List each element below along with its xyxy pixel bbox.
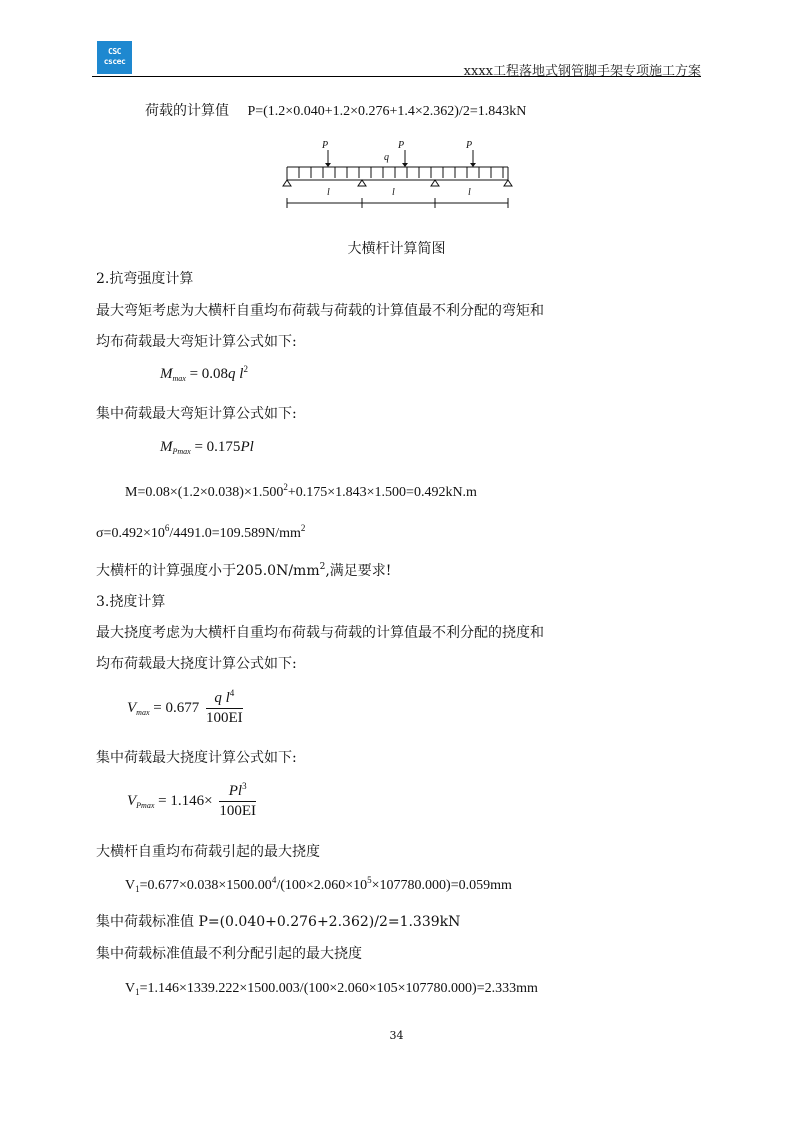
diagram-caption: 大横杆计算简图 <box>0 240 793 258</box>
load-calc-label: 荷载的计算值 <box>145 103 229 119</box>
concentrated-moment-intro: 集中荷载最大弯矩计算公式如下: <box>96 405 297 423</box>
logo-text-top: CSC <box>97 47 132 57</box>
beam-diagram-svg: P P P q l l l <box>280 135 520 215</box>
section-2-paragraph-line1: 最大弯矩考虑为大横杆自重均布荷载与荷载的计算值最不利分配的弯矩和 <box>96 302 544 320</box>
logo-text-bottom: cscec <box>97 57 132 67</box>
load-calc-line: 荷载的计算值 P=(1.2×0.040+1.2×0.276+1.4×2.362)… <box>145 102 526 121</box>
uniform-deflection-formula: Vmax = 0.677 q l4 100EI <box>127 690 243 727</box>
point-load-label-2: P <box>397 140 404 151</box>
concentrated-deflection-calculation: V1=1.146×1339.222×1500.003/(100×2.060×10… <box>125 981 538 997</box>
section-2-paragraph-line2: 均布荷载最大弯矩计算公式如下: <box>96 333 297 351</box>
stress-calculation: σ=0.492×106/4491.0=109.589N/mm2 <box>96 526 305 542</box>
span-label-1: l <box>327 187 330 198</box>
section-3-paragraph-line2: 均布荷载最大挠度计算公式如下: <box>96 655 297 673</box>
fraction: Pl3 100EI <box>219 783 256 820</box>
strength-conclusion: 大横杆的计算强度小于205.0N/mm2,满足要求! <box>96 562 391 580</box>
section-2-heading: 2.抗弯强度计算 <box>96 270 193 288</box>
beam-diagram: P P P q l l l <box>280 135 520 215</box>
header-divider <box>92 76 701 77</box>
span-label-2: l <box>392 187 395 198</box>
self-weight-deflection-label: 大横杆自重均布荷载引起的最大挠度 <box>96 843 320 861</box>
fraction: q l4 100EI <box>206 690 243 727</box>
concentrated-deflection-intro: 集中荷载最大挠度计算公式如下: <box>96 749 297 767</box>
concentrated-deflection-formula: VPmax = 1.146× Pl3 100EI <box>127 783 256 820</box>
company-logo: CSC cscec <box>97 41 132 74</box>
standard-deflection-label: 集中荷载标准值最不利分配引起的最大挠度 <box>96 945 362 963</box>
support-icons <box>283 180 512 186</box>
standard-load-value: 集中荷载标准值 P=(0.040+0.276+2.362)/2=1.339kN <box>96 913 460 931</box>
load-calc-formula: P=(1.2×0.040+1.2×0.276+1.4×2.362)/2=1.84… <box>247 104 526 119</box>
point-load-label-3: P <box>465 140 472 151</box>
point-load-label-1: P <box>321 140 328 151</box>
section-3-heading: 3.挠度计算 <box>96 593 165 611</box>
moment-calculation: M=0.08×(1.2×0.038)×1.5002+0.175×1.843×1.… <box>125 485 477 501</box>
uniform-deflection-calculation: V1=0.677×0.038×1500.004/(100×2.060×105×1… <box>125 878 512 894</box>
uniform-moment-formula: Mmax = 0.08q l2 <box>160 366 248 383</box>
concentrated-moment-formula: MPmax = 0.175Pl <box>160 439 254 456</box>
span-label-3: l <box>468 187 471 198</box>
section-3-paragraph-line1: 最大挠度考虑为大横杆自重均布荷载与荷载的计算值最不利分配的挠度和 <box>96 624 544 642</box>
page-number: 34 <box>0 1029 793 1042</box>
distributed-load-label: q <box>384 152 389 163</box>
